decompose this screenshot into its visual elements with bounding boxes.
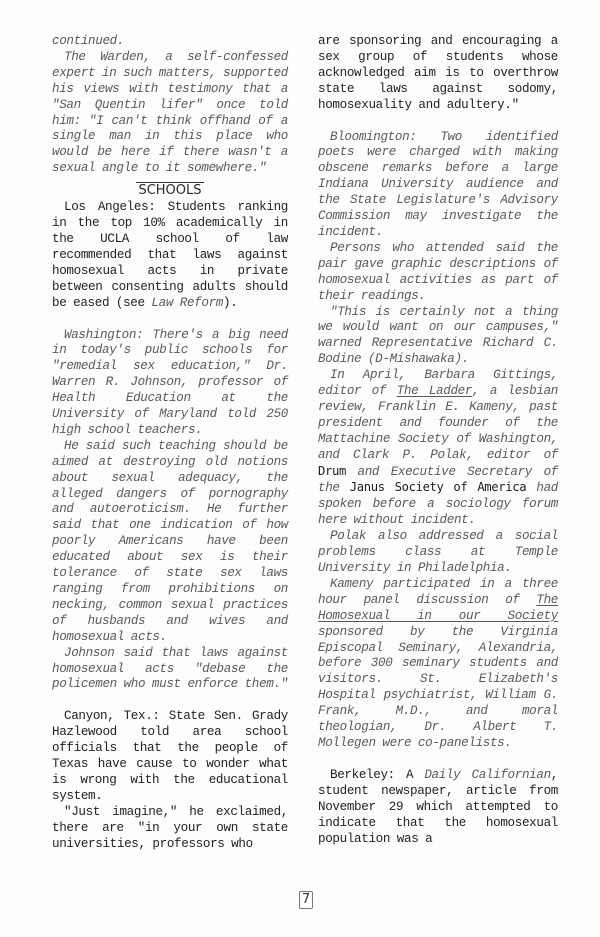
text-run: Polak also addressed a social problems c…	[318, 529, 558, 575]
text-run: Drum	[318, 464, 346, 478]
text-run: Berkeley: A	[330, 768, 424, 782]
text-run: Los Angeles: Students ranking in the top…	[52, 200, 288, 309]
paragraph: Kameny participated in a three hour pane…	[318, 577, 558, 752]
paragraph: The Warden, a self-confessed expert in s…	[52, 50, 288, 177]
text-run: Persons who attended said the pair gave …	[318, 241, 558, 303]
document-page: continued. The Warden, a self-confessed …	[0, 0, 600, 937]
paragraph: "Just imagine," he exclaimed, there are …	[52, 805, 288, 853]
continued-label: continued.	[52, 34, 288, 50]
page-number: 7	[299, 891, 313, 909]
section-heading: SCHOOLS	[52, 183, 288, 198]
text-run: Daily Californian	[424, 768, 550, 782]
text-run: are sponsoring and encouraging a sex gro…	[318, 34, 558, 112]
paragraph: Bloomington: Two identified poets were c…	[318, 130, 558, 241]
paragraph: Washington: There's a big need in today'…	[52, 328, 288, 439]
left-column: continued. The Warden, a self-confessed …	[52, 34, 288, 853]
text-run: The Warden, a self-confessed expert in s…	[52, 50, 288, 175]
paragraph: In April, Barbara Gittings, editor of Th…	[318, 368, 558, 529]
paragraph: Los Angeles: Students ranking in the top…	[52, 200, 288, 311]
text-run: Bloomington: Two identified poets were c…	[318, 130, 558, 239]
right-column: are sponsoring and encouraging a sex gro…	[318, 34, 558, 847]
paragraph: are sponsoring and encouraging a sex gro…	[318, 34, 558, 114]
paragraph: Canyon, Tex.: State Sen. Grady Hazlewood…	[52, 709, 288, 804]
text-run: "Just imagine," he exclaimed, there are …	[52, 805, 288, 851]
text-run: Law Reform	[151, 296, 223, 310]
text-run: Canyon, Tex.: State Sen. Grady Hazlewood…	[52, 709, 288, 803]
text-run: Kameny participated in a three hour pane…	[318, 577, 558, 607]
text-run: The Ladder	[397, 384, 472, 398]
paragraph: Berkeley: A Daily Californian, student n…	[318, 768, 558, 848]
paragraph: He said such teaching should be aimed at…	[52, 439, 288, 646]
paragraph: Polak also addressed a social problems c…	[318, 529, 558, 577]
text-run: He said such teaching should be aimed at…	[52, 439, 288, 644]
paragraph: Johnson said that laws against homosexua…	[52, 646, 288, 694]
paragraph: Persons who attended said the pair gave …	[318, 241, 558, 305]
text-run: Johnson said that laws against homosexua…	[52, 646, 288, 692]
text-run: "This is certainly not a thing we would …	[318, 305, 558, 367]
text-run: sponsored by the Virginia Episcopal Semi…	[318, 625, 558, 750]
paragraph: "This is certainly not a thing we would …	[318, 305, 558, 369]
text-run: ).	[223, 296, 237, 310]
text-run: Janus Society of America	[350, 480, 526, 494]
text-run: Washington: There's a big need in today'…	[52, 328, 288, 437]
